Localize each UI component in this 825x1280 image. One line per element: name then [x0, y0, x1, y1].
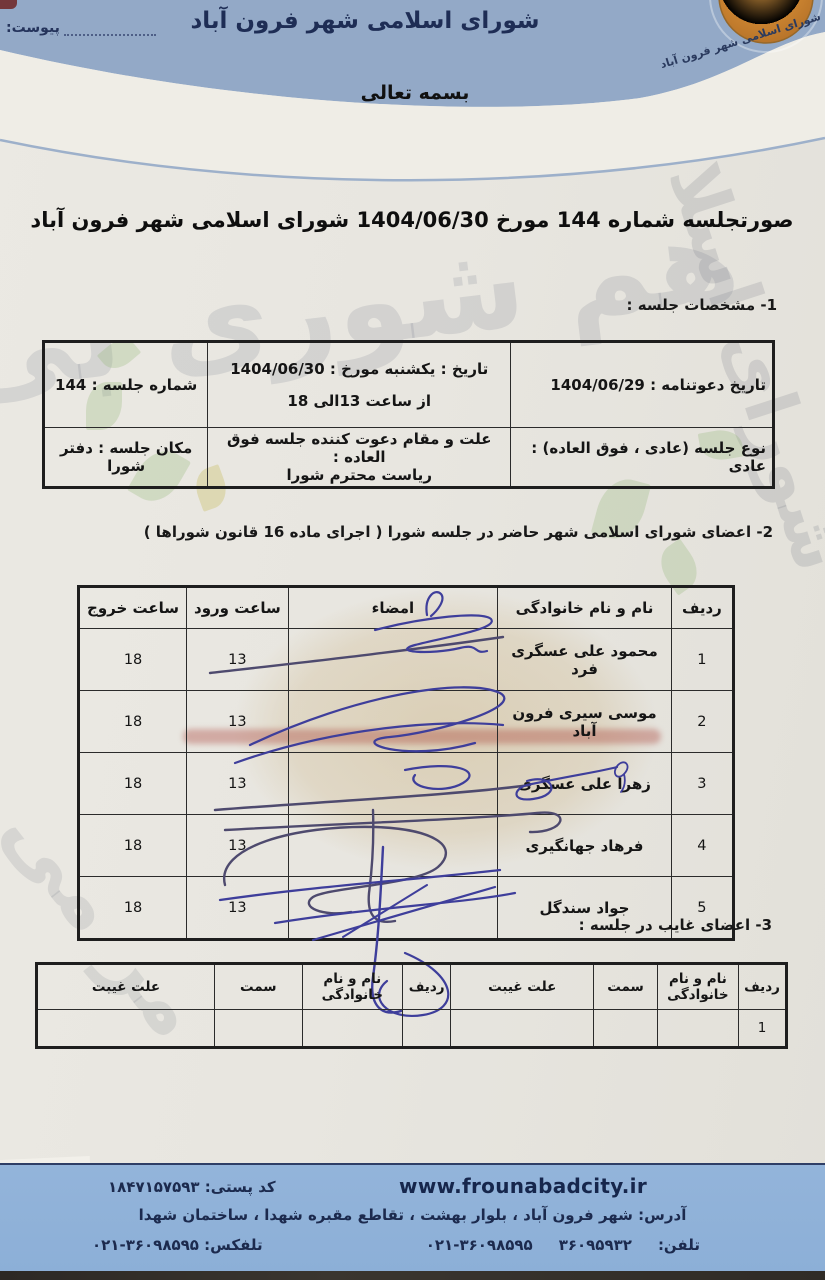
absent-name — [657, 1010, 738, 1048]
member-time-out: 18 — [79, 629, 187, 691]
member-signature-cell — [288, 877, 498, 940]
col-position: سمت — [594, 964, 657, 1010]
member-row: 3 زهرا علی عسگری 13 18 — [79, 753, 734, 815]
absent-reason — [37, 1010, 215, 1048]
member-signature-cell — [288, 629, 498, 691]
attachment-label: پیوست: — [6, 20, 60, 36]
phone-number-1: ۳۶۰۹۵۹۳۲ — [559, 1236, 632, 1254]
members-header-row: ردیف نام و نام خانوادگی امضاء ساعت ورود … — [79, 587, 734, 629]
member-name: زهرا علی عسگری — [498, 753, 672, 815]
postal-code: کد پستی: ۱۸۴۷۱۵۷۵۹۳ — [108, 1178, 276, 1196]
website-url: www.frounabadcity.ir — [399, 1174, 647, 1198]
member-no: 2 — [671, 691, 733, 753]
member-time-in: 13 — [187, 815, 289, 877]
attachment-dotted-line — [64, 22, 156, 36]
col-full-name: نام و نام خانوادگی — [302, 964, 403, 1010]
members-table: ردیف نام و نام خانوادگی امضاء ساعت ورود … — [77, 585, 735, 941]
invite-reason-line2: ریاست محترم شورا — [214, 466, 504, 484]
member-name: فرهاد جهانگیری — [498, 815, 672, 877]
meeting-date-cell: تاریخ : یکشنبه مورخ : 1404/06/30 از ساعت… — [208, 342, 511, 428]
member-time-in: 13 — [187, 877, 289, 940]
member-name: موسی سیری فرون آباد — [498, 691, 672, 753]
bismillah-text: بسمه تعالی — [330, 82, 500, 104]
col-absence-reason: علت غیبت — [37, 964, 215, 1010]
meeting-hours-line: از ساعت 13الی 18 — [214, 392, 504, 410]
meeting-info-table: تاریخ دعوتنامه : 1404/06/29 تاریخ : یکشن… — [42, 340, 775, 489]
absent-row: 1 — [37, 1010, 787, 1048]
member-no: 4 — [671, 815, 733, 877]
meeting-location-cell: مکان جلسه : دفتر شورا — [44, 428, 208, 488]
phone-numbers: تلفن: ۳۶۰۹۵۹۳۲ ۰۲۱-۳۶۰۹۸۵۹۵ — [426, 1236, 700, 1254]
col-time-out: ساعت خروج — [79, 587, 187, 629]
col-signature: امضاء — [288, 587, 498, 629]
col-position: سمت — [215, 964, 302, 1010]
meeting-type-cell: نوع جلسه (عادی ، فوق العاده) : عادی — [511, 428, 774, 488]
member-row: 4 فرهاد جهانگیری 13 18 — [79, 815, 734, 877]
member-signature-cell — [288, 753, 498, 815]
member-name: محمود علی عسگری فرد — [498, 629, 672, 691]
member-no: 3 — [671, 753, 733, 815]
absent-no: 1 — [739, 1010, 787, 1048]
meeting-type-line1: نوع جلسه (عادی ، فوق العاده) : — [517, 439, 766, 457]
absent-no — [403, 1010, 451, 1048]
fax-label: تلفکس: — [204, 1236, 262, 1254]
phone-number-2: ۰۲۱-۳۶۰۹۸۵۹۵ — [426, 1236, 533, 1254]
corner-scan-mark — [0, 0, 17, 9]
member-time-in: 13 — [187, 753, 289, 815]
section-3-heading: 3- اعضای غایب در جلسه : — [579, 916, 772, 934]
member-time-out: 18 — [79, 877, 187, 940]
invite-reason-line1: علت و مقام دعوت کننده جلسه فوق العاده : — [214, 430, 504, 466]
col-row-number: ردیف — [403, 964, 451, 1010]
col-row-number: ردیف — [739, 964, 787, 1010]
letterhead-footer: www.frounabadcity.ir کد پستی: ۱۸۴۷۱۵۷۵۹۳… — [0, 1163, 825, 1274]
member-no: 1 — [671, 629, 733, 691]
absent-header-row: ردیف نام و نام خانوادگی سمت علت غیبت ردی… — [37, 964, 787, 1010]
member-time-in: 13 — [187, 629, 289, 691]
absent-members-table: ردیف نام و نام خانوادگی سمت علت غیبت ردی… — [35, 962, 788, 1049]
document-title: صورتجلسه شماره 144 مورخ 1404/06/30 شورای… — [28, 208, 796, 232]
attachment-field: پیوست: — [6, 20, 156, 36]
member-row: 1 محمود علی عسگری فرد 13 18 — [79, 629, 734, 691]
invite-date-cell: تاریخ دعوتنامه : 1404/06/29 — [511, 342, 774, 428]
fax-number: ۰۲۱-۳۶۰۹۸۵۹۵ — [92, 1236, 199, 1254]
scanned-meeting-minutes-document: پیوست: شورای اسلامی شهر فرون آباد شورای … — [0, 0, 825, 1280]
absent-reason — [451, 1010, 594, 1048]
meeting-date-line1: تاریخ : یکشنبه مورخ : 1404/06/30 — [214, 360, 504, 378]
section-2-heading: 2- اعضای شورای اسلامی شهر حاضر در جلسه ش… — [144, 523, 773, 541]
member-time-out: 18 — [79, 815, 187, 877]
phone-label: تلفن: — [658, 1236, 700, 1254]
absent-position — [594, 1010, 657, 1048]
col-row-number: ردیف — [671, 587, 733, 629]
meeting-type-value: عادی — [517, 457, 766, 475]
member-time-in: 13 — [187, 691, 289, 753]
photo-bottom-edge — [0, 1271, 825, 1280]
col-absence-reason: علت غیبت — [451, 964, 594, 1010]
section-1-heading: 1- مشخصات جلسه : — [627, 296, 777, 314]
fax-group: تلفکس: ۰۲۱-۳۶۰۹۸۵۹۵ — [92, 1236, 263, 1254]
member-time-out: 18 — [79, 753, 187, 815]
invite-reason-cell: علت و مقام دعوت کننده جلسه فوق العاده : … — [208, 428, 511, 488]
address-line: آدرس: شهر فرون آباد ، بلوار بهشت ، تقاطع… — [0, 1206, 825, 1224]
col-full-name: نام و نام خانوادگی — [498, 587, 672, 629]
organization-title: شورای اسلامی شهر فرون آباد — [150, 8, 580, 34]
meeting-number-cell: شماره جلسه : 144 — [44, 342, 208, 428]
member-signature-cell — [288, 691, 498, 753]
member-row: 2 موسی سیری فرون آباد 13 18 — [79, 691, 734, 753]
member-signature-cell — [288, 815, 498, 877]
col-full-name: نام و نام خانوادگی — [657, 964, 738, 1010]
member-time-out: 18 — [79, 691, 187, 753]
absent-name — [302, 1010, 403, 1048]
col-time-in: ساعت ورود — [187, 587, 289, 629]
absent-position — [215, 1010, 302, 1048]
